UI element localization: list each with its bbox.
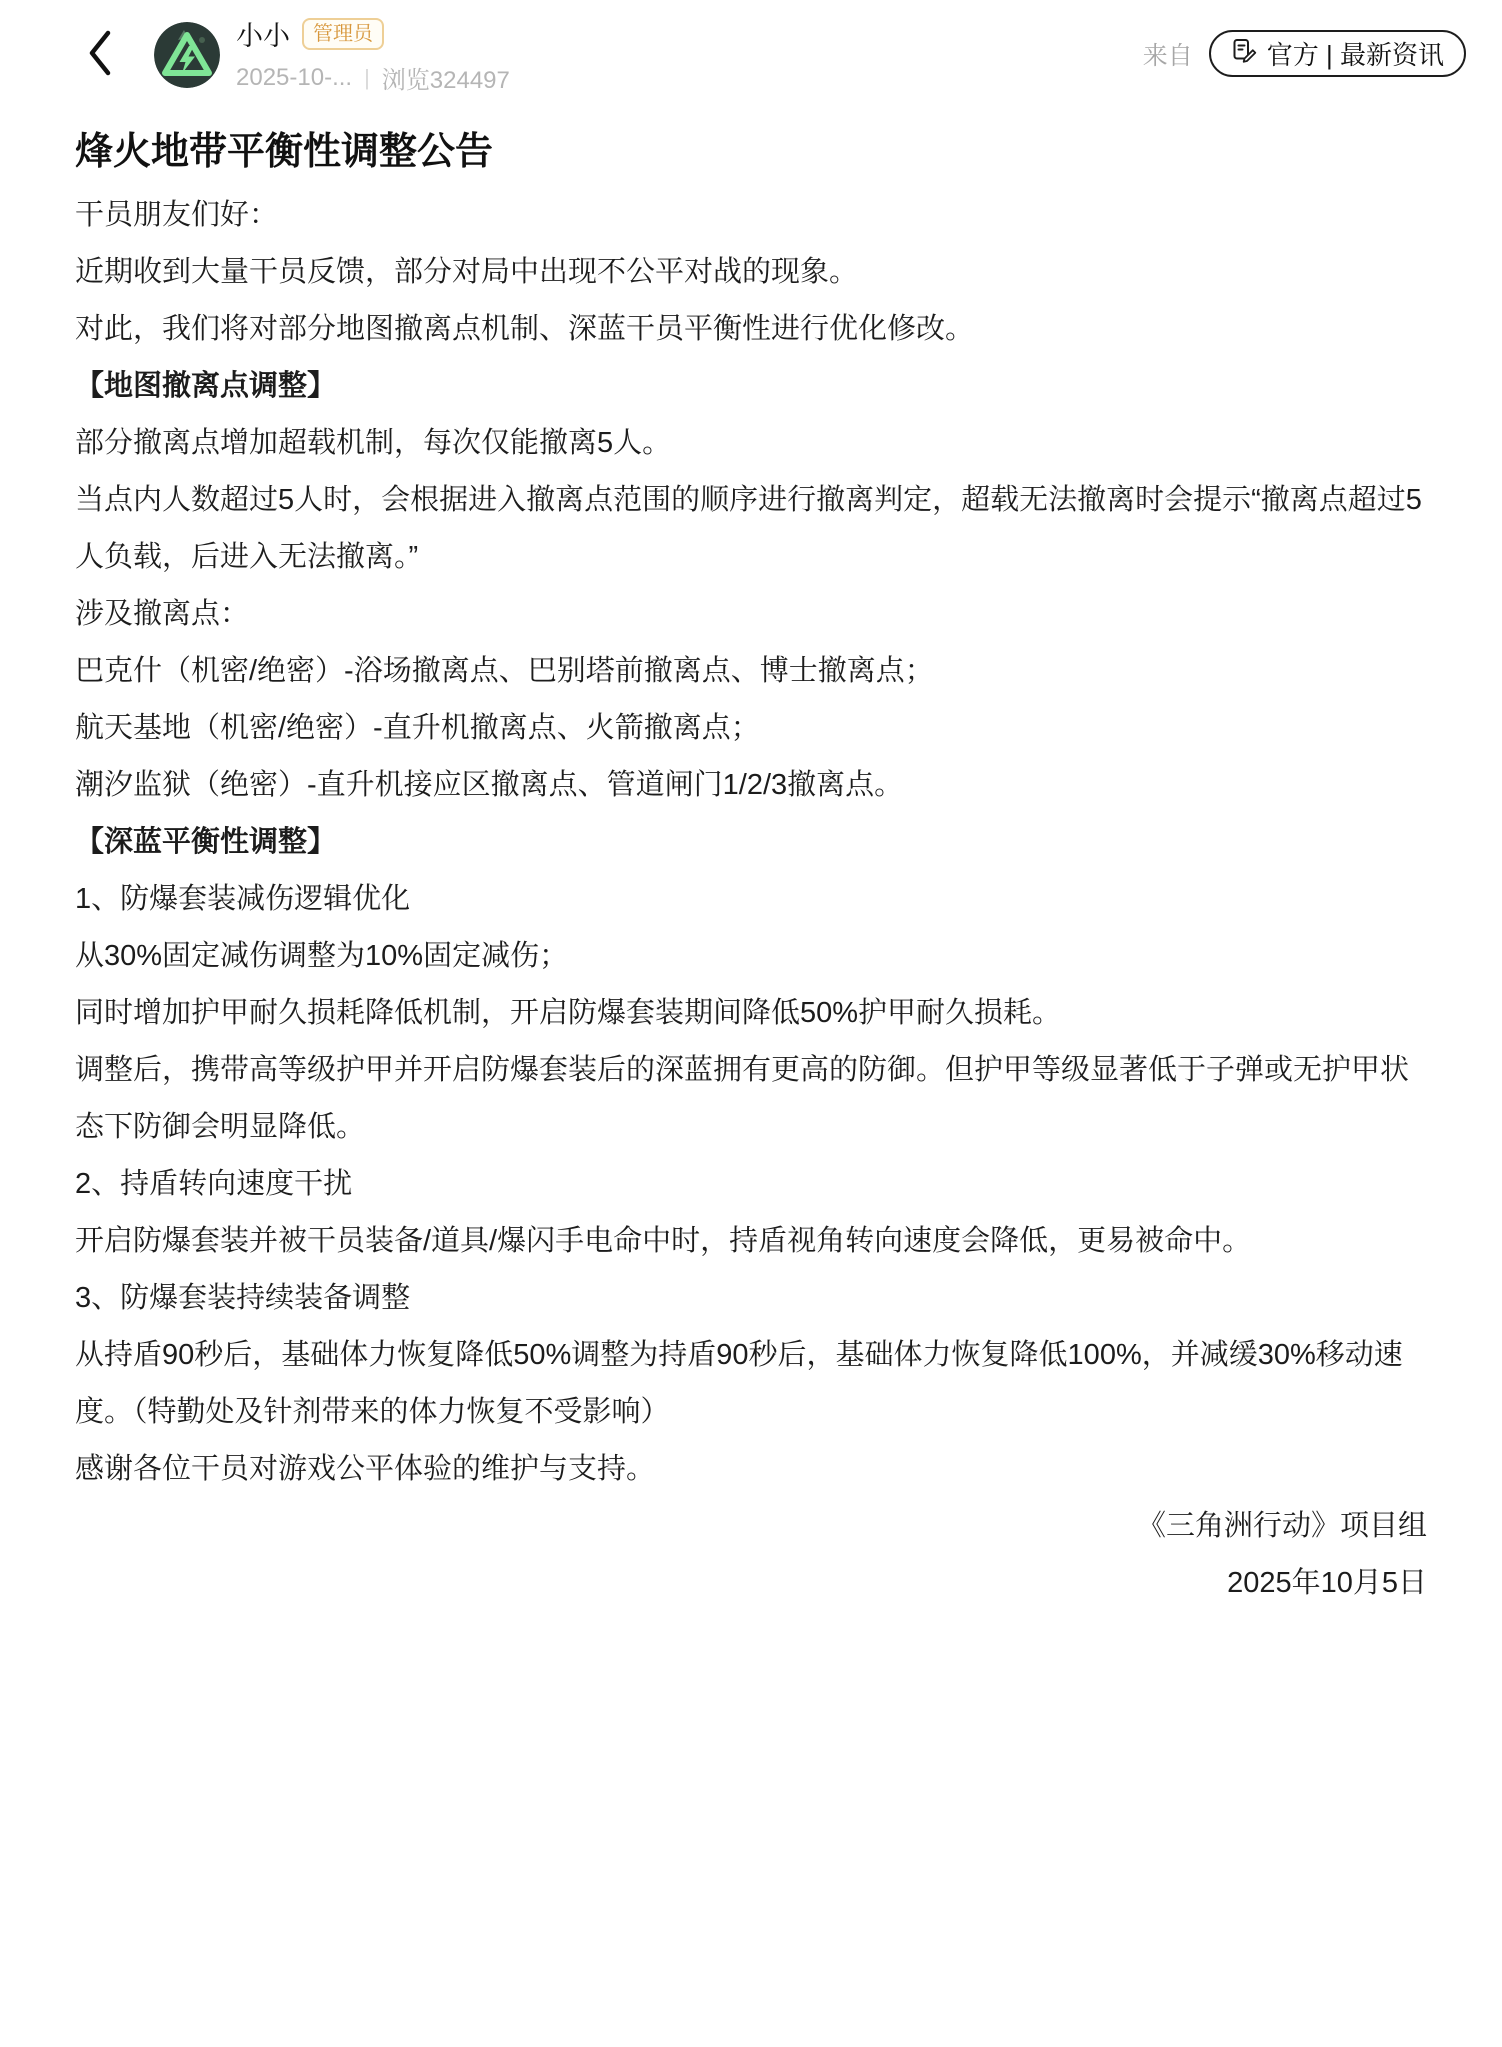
paragraph: 调整后，携带高等级护甲并开启防爆套装后的深蓝拥有更高的防御。但护甲等级显著低于子… (75, 1042, 1427, 1156)
header-right: 来自 官方 | 最新资讯 (1143, 30, 1466, 77)
announcement-body: 干员朋友们好： 近期收到大量干员反馈，部分对局中出现不公平对战的现象。 对此，我… (0, 187, 1502, 1612)
paragraph: 2、持盾转向速度干扰 (75, 1156, 1427, 1213)
news-edit-icon (1231, 37, 1258, 71)
delta-triangle-bolt-logo-icon (154, 75, 220, 88)
paragraph: 部分撤离点增加超载机制，每次仅能撤离5人。 (75, 415, 1427, 472)
header-left: 小小 管理员 2025-10-... | 浏览324497 (88, 14, 510, 95)
post-header: 小小 管理员 2025-10-... | 浏览324497 来自 官方 | 最新… (0, 0, 1502, 96)
user-name: 小小 (236, 14, 290, 53)
meta-row: 2025-10-... | 浏览324497 (236, 60, 510, 95)
paragraph: 从30%固定减伤调整为10%固定减伤； (75, 928, 1427, 985)
paragraph: 干员朋友们好： (75, 187, 1427, 244)
source-channel-button[interactable]: 官方 | 最新资讯 (1209, 30, 1466, 77)
back-button[interactable] (88, 22, 128, 88)
paragraph: 开启防爆套装并被干员装备/道具/爆闪手电命中时，持盾视角转向速度会降低，更易被命… (75, 1213, 1427, 1270)
paragraph: 对此，我们将对部分地图撤离点机制、深蓝干员平衡性进行优化修改。 (75, 301, 1427, 358)
paragraph: 巴克什（机密/绝密）-浴场撤离点、巴别塔前撤离点、博士撤离点； (75, 643, 1427, 700)
paragraph: 1、防爆套装减伤逻辑优化 (75, 871, 1427, 928)
page-title: 烽火地带平衡性调整公告 (0, 120, 1502, 175)
view-count: 浏览324497 (382, 60, 510, 95)
post-date: 2025-10-... (236, 64, 352, 92)
paragraph: 感谢各位干员对游戏公平体验的维护与支持。 (75, 1441, 1427, 1498)
name-row: 小小 管理员 (236, 14, 510, 53)
signature-date: 2025年10月5日 (75, 1555, 1427, 1612)
section-heading-balance: 【深蓝平衡性调整】 (75, 814, 1427, 871)
paragraph: 从持盾90秒后，基础体力恢复降低50%调整为持盾90秒后，基础体力恢复降低100… (75, 1327, 1427, 1441)
signature-team: 《三角洲行动》项目组 (75, 1498, 1427, 1555)
paragraph: 涉及撤离点： (75, 586, 1427, 643)
paragraph: 3、防爆套装持续装备调整 (75, 1270, 1427, 1327)
paragraph: 航天基地（机密/绝密）-直升机撤离点、火箭撤离点； (75, 700, 1427, 757)
from-label: 来自 (1143, 36, 1193, 72)
user-block: 小小 管理员 2025-10-... | 浏览324497 (236, 14, 510, 95)
chevron-left-icon (88, 30, 112, 79)
meta-divider: | (364, 65, 370, 91)
section-heading-map: 【地图撤离点调整】 (75, 358, 1427, 415)
paragraph: 同时增加护甲耐久损耗降低机制，开启防爆套装期间降低50%护甲耐久损耗。 (75, 985, 1427, 1042)
avatar[interactable] (154, 22, 220, 88)
admin-badge: 管理员 (302, 18, 384, 50)
source-channel-label: 官方 | 最新资讯 (1267, 35, 1444, 72)
paragraph: 潮汐监狱（绝密）-直升机接应区撤离点、管道闸门1/2/3撤离点。 (75, 757, 1427, 814)
paragraph: 近期收到大量干员反馈，部分对局中出现不公平对战的现象。 (75, 244, 1427, 301)
paragraph: 当点内人数超过5人时，会根据进入撤离点范围的顺序进行撤离判定，超载无法撤离时会提… (75, 472, 1427, 586)
